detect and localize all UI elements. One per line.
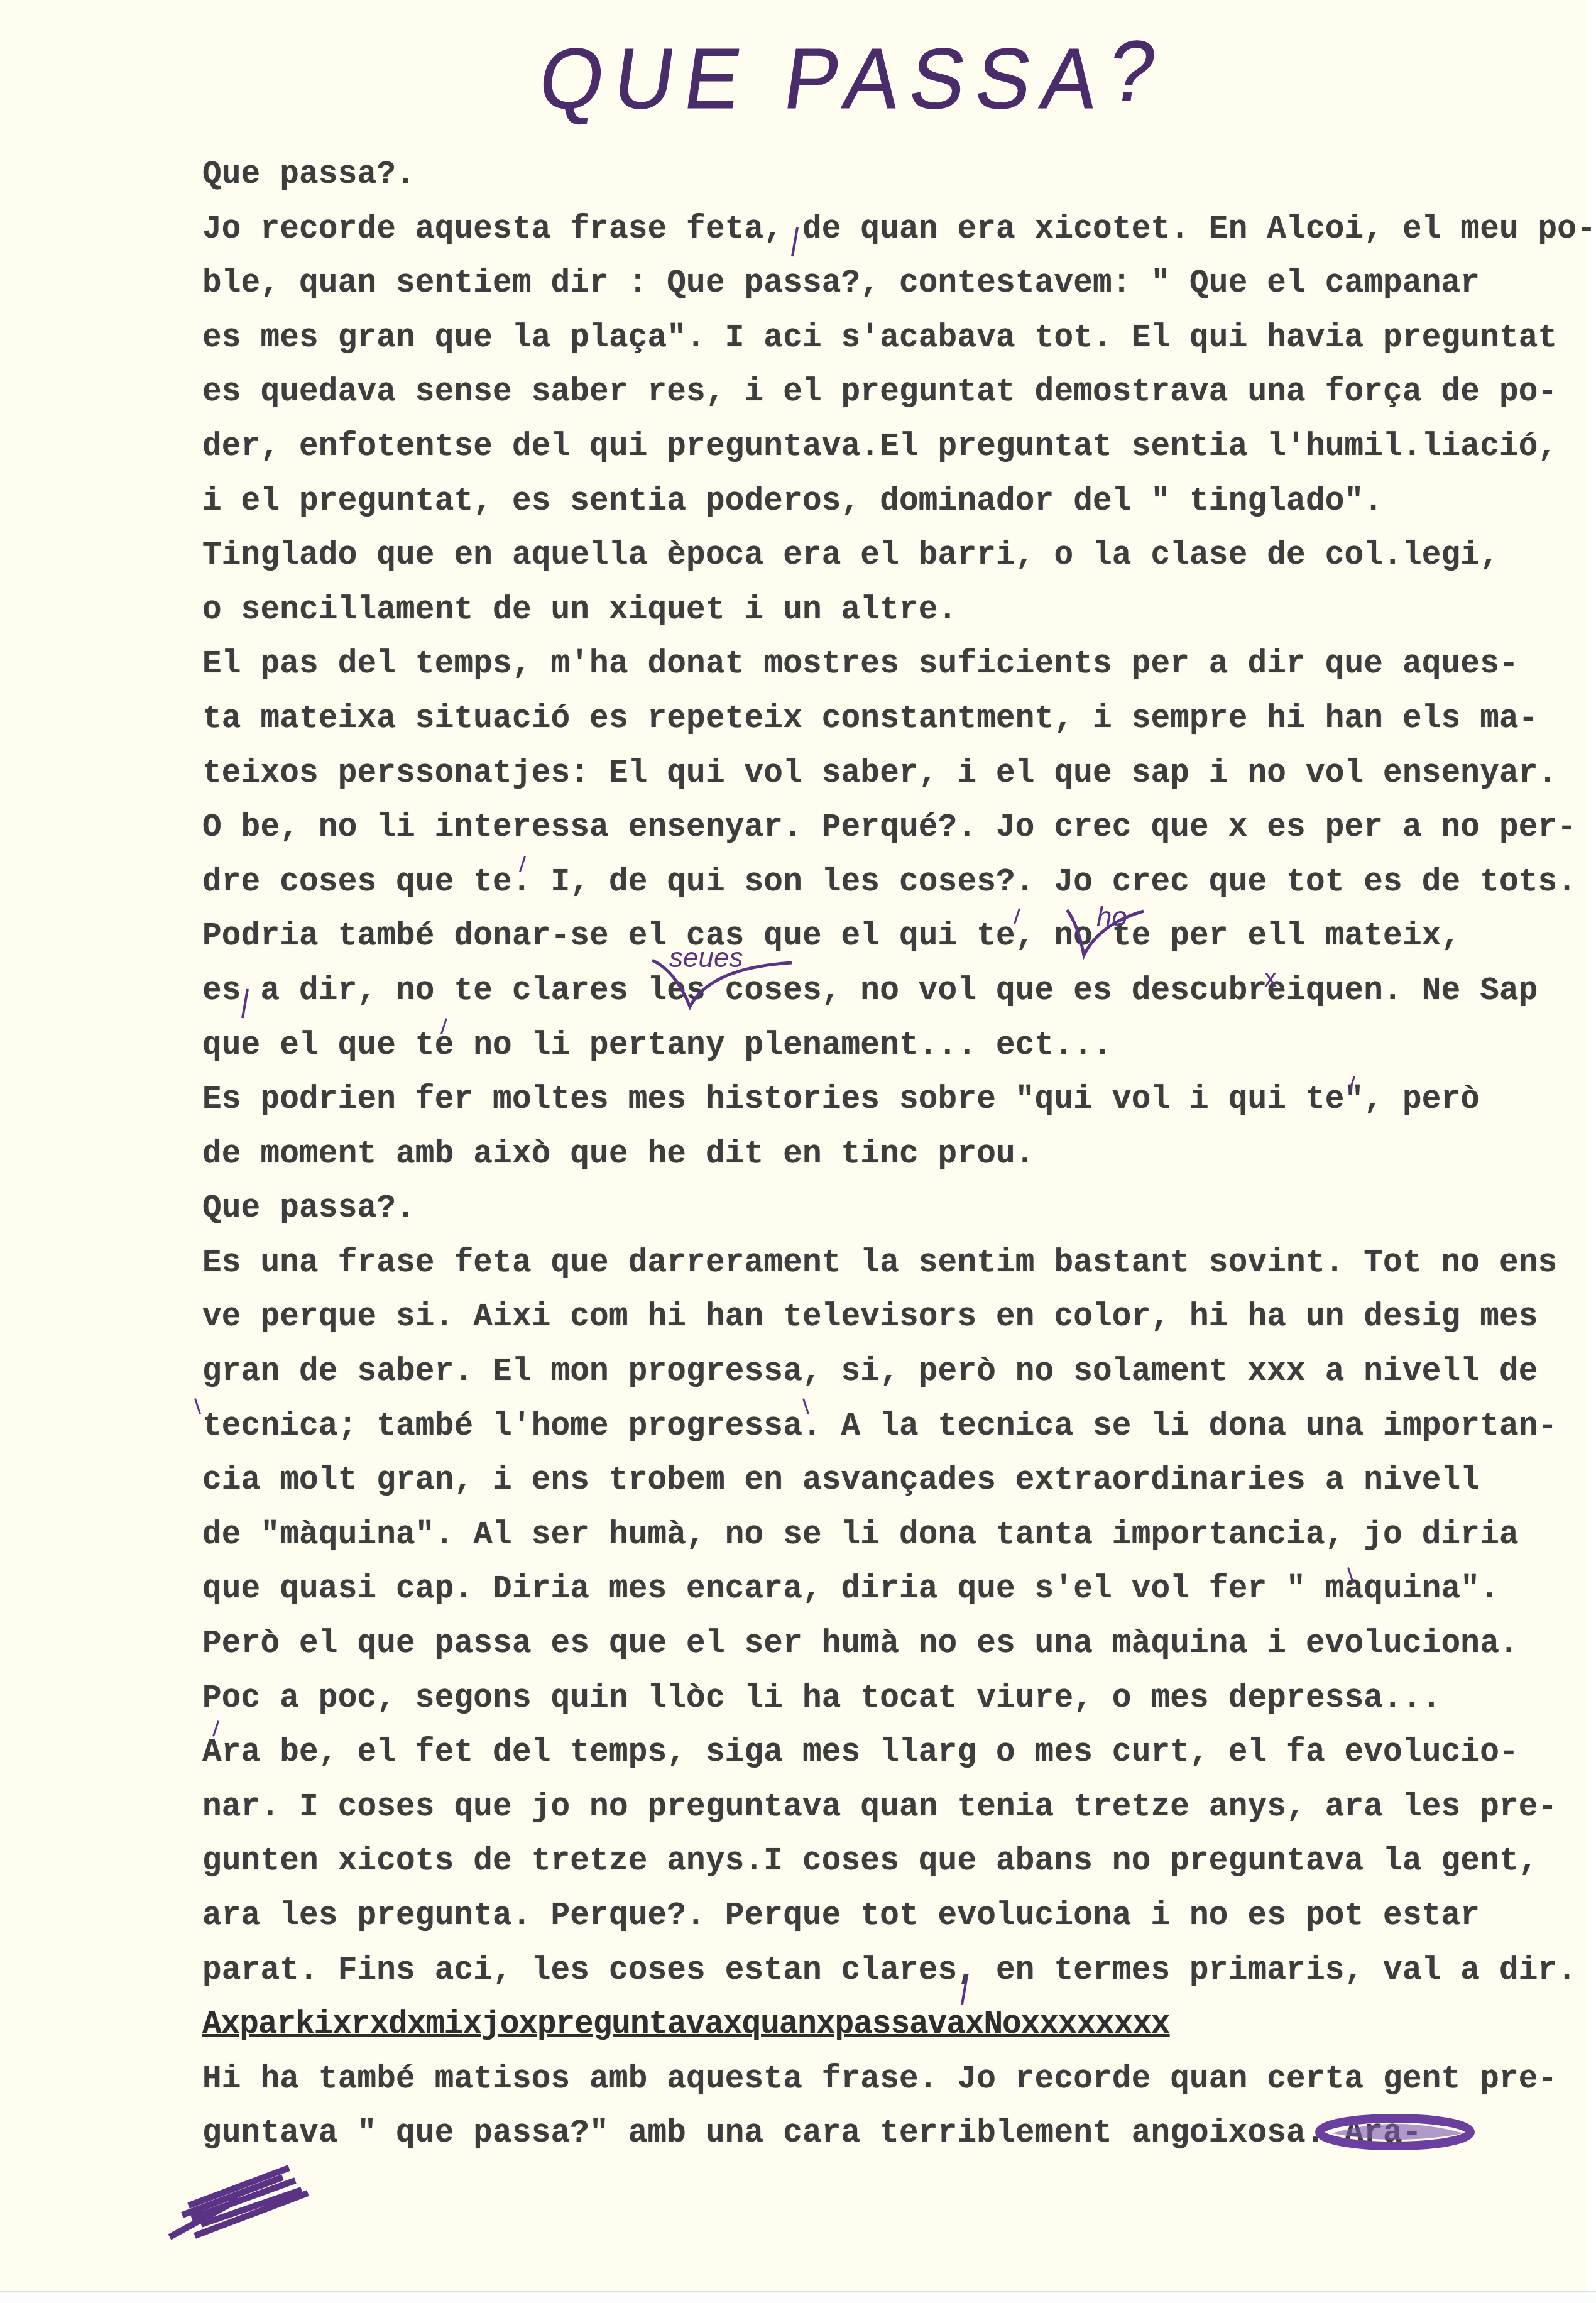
- struck-out-line: Axparkixrxdxmixjoxpreguntavaxquanxpassav…: [202, 1998, 1585, 2053]
- typed-line: gunten xicots de tretze anys.I coses que…: [202, 1835, 1585, 1890]
- typed-line: de "màquina". Al ser humà, no se li dona…: [202, 1509, 1585, 1563]
- typed-line: nar. I coses que jo no preguntava quan t…: [202, 1781, 1585, 1835]
- handwritten-title-text: QUE PASSA: [533, 30, 1115, 126]
- typed-line: Jo recorde aquesta frase feta, de quan e…: [202, 203, 1585, 258]
- typed-line: Però el que passa es que el ser humà no …: [202, 1617, 1585, 1672]
- typed-line: teixos perssonatjes: El qui vol saber, i…: [202, 747, 1585, 802]
- typed-line: de moment amb això que he dit en tinc pr…: [202, 1128, 1585, 1183]
- typed-line: que el que te no li pertany plenament...…: [202, 1019, 1585, 1074]
- typed-line: ara les pregunta. Perque?. Perque tot ev…: [202, 1890, 1585, 1944]
- scan-edge-bottom: [0, 2291, 1596, 2303]
- caret-ho-icon: [1062, 905, 1150, 961]
- typed-line: ble, quan sentiem dir : Que passa?, cont…: [202, 257, 1585, 312]
- typed-line: parat. Fins aci, les coses estan clares,…: [202, 1944, 1585, 1999]
- typed-line: der, enfotentse del qui preguntava.El pr…: [202, 420, 1585, 475]
- mark-x: x: [1264, 965, 1277, 993]
- typed-line: es a dir, no te clares les coses, no vol…: [202, 965, 1585, 1019]
- typed-line: es mes gran que la plaça". I aci s'acaba…: [202, 312, 1585, 366]
- typed-line: Ara be, el fet del temps, siga mes llarg…: [202, 1726, 1585, 1781]
- typed-line: Que passa?.: [202, 1182, 1585, 1237]
- typed-line: Poc a poc, segons quin llòc li ha tocat …: [202, 1672, 1585, 1727]
- typed-line: Hi ha també matisos amb aquesta frase. J…: [202, 2053, 1585, 2108]
- typed-line: El pas del temps, m'ha donat mostres suf…: [202, 638, 1585, 692]
- typed-line: ve perque si. Aixi com hi han televisors…: [202, 1291, 1585, 1345]
- typed-body: Que passa?.Jo recorde aquesta frase feta…: [202, 148, 1585, 2162]
- typed-line: gran de saber. El mon progressa, si, per…: [202, 1345, 1585, 1400]
- handwritten-title: QUE PASSA?: [533, 29, 1172, 128]
- typed-line: ta mateixa situació es repeteix constant…: [202, 692, 1585, 747]
- typed-line: que quasi cap. Diria mes encara, diria q…: [202, 1563, 1585, 1617]
- scribble-crossout: [163, 2155, 314, 2243]
- comma-mark: [789, 225, 801, 263]
- typed-line: Es una frase feta que darrerament la sen…: [202, 1237, 1585, 1291]
- typed-line: Que passa?.: [202, 148, 1585, 203]
- typed-line: Podria també donar-se el cas que el qui …: [202, 910, 1585, 965]
- typed-line: o sencillament de un xiquet i un altre.: [202, 584, 1585, 638]
- caret-seues-icon: [647, 955, 798, 1012]
- typed-line: O be, no li interessa ensenyar. Perqué?.…: [202, 801, 1585, 856]
- typed-line: cia molt gran, i ens trobem en asvançade…: [202, 1454, 1585, 1509]
- typed-line: i el preguntat, es sentia poderos, domin…: [202, 475, 1585, 530]
- scribble-crossout: [1313, 2108, 1483, 2158]
- comma-mark: [958, 1973, 971, 2011]
- typed-line: Tinglado que en aquella època era el bar…: [202, 529, 1585, 584]
- scan-edge-right: [1587, 0, 1596, 2303]
- typed-line: dre coses que te. I, de qui son les cose…: [202, 856, 1585, 911]
- typed-line: Es podrien fer moltes mes histories sobr…: [202, 1073, 1585, 1128]
- typed-line: tecnica; també l'home progressa. A la te…: [202, 1400, 1585, 1455]
- comma-mark: [239, 987, 251, 1024]
- typed-line: es quedava sense saber res, i el pregunt…: [202, 366, 1585, 420]
